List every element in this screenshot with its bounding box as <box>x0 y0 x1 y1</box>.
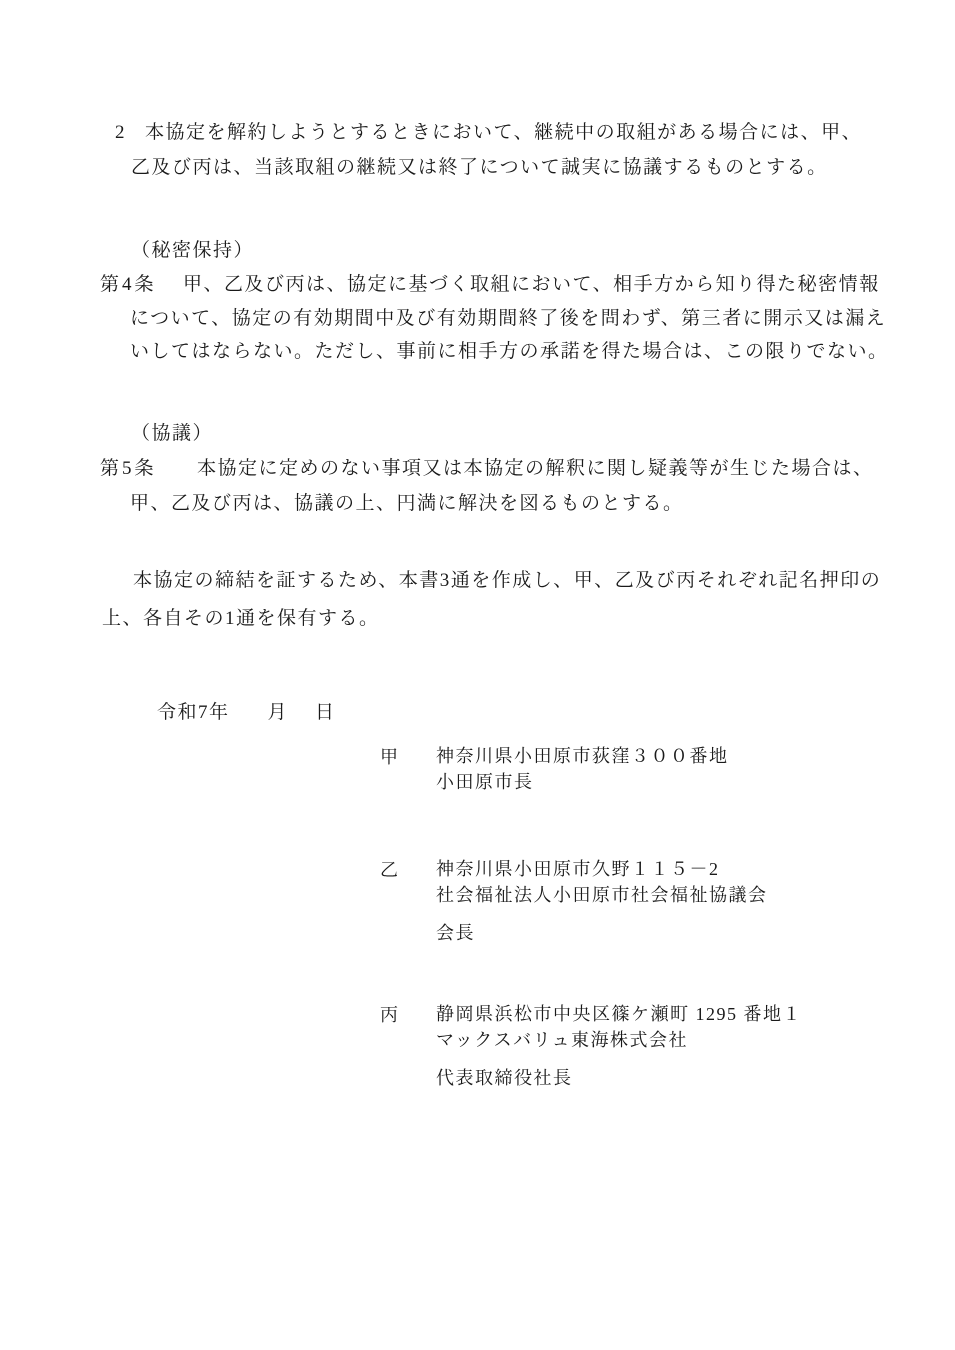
party-address: 神奈川県小田原市久野１１５－2 <box>436 856 768 882</box>
clause-2-line-2: 乙及び丙は、当該取組の継続又は終了について誠実に協議するものとする。 <box>131 157 828 179</box>
date-day-label: 日 <box>315 702 336 724</box>
party-label: 丙 <box>380 1001 436 1091</box>
clause-2-number: 2 <box>115 122 126 144</box>
date-era-year: 令和7年 <box>157 702 230 724</box>
signature-block-kou: 甲 神奈川県小田原市荻窪３００番地 小田原市長 <box>380 743 729 807</box>
article-5-line-2: 甲、乙及び丙は、協議の上、円満に解決を図るものとする。 <box>130 493 684 515</box>
party-title: 代表取締役社長 <box>436 1065 802 1091</box>
party-name: 小田原市長 <box>436 769 729 795</box>
party-address: 静岡県浜松市中央区篠ケ瀬町 1295 番地１ <box>436 1001 802 1027</box>
date-month-label: 月 <box>268 702 289 724</box>
party-name: 社会福祉法人小田原市社会福祉協議会 <box>436 882 768 908</box>
article-4-label: 第4条 <box>100 274 157 296</box>
closing-line-1: 本協定の締結を証するため、本書3通を作成し、甲、乙及び丙それぞれ記名押印の <box>133 570 881 592</box>
article-5-line-1: 本協定に定めのない事項又は本協定の解釈に関し疑義等が生じた場合は、 <box>197 458 874 480</box>
article-4-heading: （秘密保持） <box>131 240 254 262</box>
party-label: 甲 <box>380 743 436 807</box>
date-line: 令和7年月日 <box>132 680 336 746</box>
article-4-line-1: 甲、乙及び丙は、協定に基づく取組において、相手方から知り得た秘密情報 <box>183 274 880 296</box>
signature-block-hei: 丙 静岡県浜松市中央区篠ケ瀬町 1295 番地１ マックスバリュ東海株式会社 代… <box>380 1001 802 1091</box>
party-title: 会長 <box>436 920 768 946</box>
signature-block-otsu: 乙 神奈川県小田原市久野１１５－2 社会福祉法人小田原市社会福祉協議会 会長 <box>380 856 768 946</box>
document-page: 2 本協定を解約しようとするときにおいて、継続中の取組がある場合には、甲、 乙及… <box>0 0 955 1350</box>
closing-line-2: 上、各自その1通を保有する。 <box>102 608 380 630</box>
party-address: 神奈川県小田原市荻窪３００番地 <box>436 743 729 769</box>
article-4-line-2: について、協定の有効期間中及び有効期間終了後を問わず、第三者に開示又は漏え <box>130 308 886 330</box>
clause-2-line-1: 本協定を解約しようとするときにおいて、継続中の取組がある場合には、甲、 <box>145 122 862 144</box>
article-5-label: 第5条 <box>100 458 157 480</box>
article-4-line-3: いしてはならない。ただし、事前に相手方の承諾を得た場合は、この限りでない。 <box>130 341 889 363</box>
article-5-heading: （協議） <box>131 423 213 445</box>
party-label: 乙 <box>380 856 436 946</box>
party-name: マックスバリュ東海株式会社 <box>436 1027 802 1053</box>
